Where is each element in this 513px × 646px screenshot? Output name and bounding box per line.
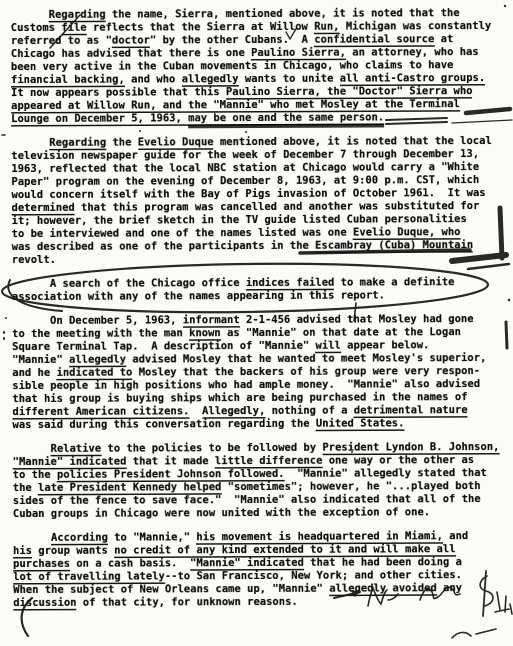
- para-johnson-policies: Relative to the policies to be followed …: [13, 441, 507, 521]
- text-line: to the meeting with the man known as "Ma…: [12, 326, 506, 341]
- text-line: A search of the Chicago office indices f…: [12, 276, 506, 291]
- text-segment: United States.: [316, 417, 405, 429]
- text-segment: and who: [125, 73, 182, 85]
- text-segment: little difference: [215, 455, 323, 467]
- text-segment: Customs: [11, 22, 62, 34]
- text-segment: "Mannie" allegedly stated that: [285, 467, 487, 480]
- text-segment: Regarding: [49, 9, 106, 21]
- text-segment: appeared at Willow Run, and the "Mannie"…: [11, 98, 460, 112]
- text-segment: appear below.: [341, 339, 430, 351]
- text-line: discussion of that city, for unknown rea…: [13, 595, 507, 610]
- text-segment: revolt.: [12, 254, 56, 266]
- text-segment: to make a definite: [334, 276, 454, 289]
- text-segment: that this program was cancelled and anot…: [75, 200, 480, 214]
- text-segment: was said during this conversation regard…: [12, 418, 315, 431]
- text-segment: " by the other Cubans. A: [150, 34, 314, 47]
- text-line: Lounge on December 5, 1963, may be one a…: [11, 111, 505, 126]
- text-segment: known: [189, 327, 221, 339]
- text-segment: all anti-Castro groups.: [340, 72, 485, 85]
- text-segment: different American citizens.: [12, 405, 189, 418]
- text-line: was said during this conversation regard…: [12, 417, 506, 432]
- text-segment: "sometimes"; however, he "...played both: [221, 480, 480, 493]
- text-segment: the: [106, 137, 138, 149]
- text-segment: It now appears possible that this: [11, 86, 226, 99]
- text-segment: financial backing,: [11, 74, 125, 86]
- text-segment: sides of the fence to save face." "Manni…: [13, 493, 481, 507]
- text-line: different American citizens. Allegedly, …: [12, 404, 506, 419]
- text-line: association with any of the names appear…: [12, 289, 506, 304]
- text-segment: his movement is headquartered in Miami,: [196, 530, 443, 543]
- text-segment: and: [443, 530, 468, 542]
- text-segment: no credit of any kind extended to it and…: [114, 543, 455, 556]
- text-segment: and he: [12, 367, 56, 379]
- text-segment: allegedly avoided: [329, 582, 437, 594]
- text-segment: determined: [12, 202, 75, 214]
- text-segment: Lounge on December 5, 1963,: [11, 112, 188, 125]
- text-segment: doctor: [112, 34, 150, 46]
- text-segment: 1963, reflected that the local NBC stati…: [11, 161, 479, 175]
- text-segment: referred to as ": [11, 35, 112, 47]
- text-segment: wants to unite: [239, 73, 340, 85]
- text-segment: policies President Johnson followed.: [57, 468, 285, 481]
- text-segment: lot of travelling lately: [13, 570, 165, 583]
- text-segment: television newspaper guide for the week …: [11, 148, 479, 162]
- para-duque-tv-guide: Regarding the Evelio Duque mentioned abo…: [11, 135, 506, 267]
- text-line: When the subject of New Orleans came up,…: [13, 582, 507, 597]
- text-segment: indicated to: [56, 367, 132, 379]
- text-segment: that he had been doing a: [304, 556, 462, 569]
- text-segment: file: [61, 22, 86, 34]
- text-segment: Allegedly,: [202, 405, 265, 417]
- text-segment: discussion: [13, 597, 76, 609]
- text-segment: at: [434, 33, 453, 45]
- text-segment: reflects that the Sierra at Willow: [87, 21, 315, 34]
- text-segment: mentioned above, it is noted that the lo…: [214, 135, 492, 148]
- document-page: Regarding the name, Sierra, mentioned ab…: [0, 0, 513, 646]
- text-segment: one way or the other as: [322, 454, 474, 467]
- text-segment: group wants: [32, 545, 114, 557]
- text-segment: On December 5, 1963,: [50, 314, 183, 327]
- text-segment: that his group is buying ships which are…: [12, 391, 467, 405]
- text-segment: Regarding: [49, 137, 106, 149]
- text-segment: Run,: [314, 21, 339, 33]
- text-segment: Evelio Duque: [138, 136, 214, 148]
- text-segment: --to San Francisco, New York; and other …: [165, 569, 462, 582]
- text-segment: to be interviewed and one of the names l…: [12, 227, 353, 240]
- text-segment: as "Mannie" on that date at the Logan: [221, 326, 461, 339]
- text-segment: any: [437, 582, 462, 594]
- text-segment: on a cash basis.: [70, 557, 190, 570]
- text-segment: Paulino Sierra,: [251, 47, 346, 59]
- text-line: revolt.: [12, 252, 506, 267]
- text-segment: Mosley that the backers of his group wer…: [132, 365, 480, 379]
- text-segment: Cuban groups in Chicago were now united …: [13, 506, 430, 520]
- text-segment: President Lyndon B. Johnson,: [322, 441, 499, 454]
- text-segment: been very active in the Cuban movements …: [11, 59, 454, 73]
- text-segment: will: [316, 340, 341, 352]
- text-segment: According: [51, 532, 108, 544]
- text-segment: it; however, the brief sketch in the TV …: [12, 213, 467, 227]
- text-segment: that it made: [126, 455, 215, 467]
- text-segment: sible people in high positions who had a…: [12, 378, 480, 392]
- text-segment: [189, 405, 202, 417]
- text-line: was described as one of the participants…: [12, 239, 506, 254]
- text-segment: When the subject of New Orleans came up,…: [13, 583, 329, 596]
- text-segment: advised Mosley that he wanted to meet Mo…: [126, 352, 486, 366]
- text-segment: the name, Sierra, mentioned above, it is…: [106, 7, 460, 21]
- text-segment: the: [13, 482, 38, 494]
- text-segment: allegedly: [69, 354, 126, 366]
- text-segment: Paulino Sierra, the "Doctor" Sierra who: [226, 85, 473, 98]
- text-segment: an attorney, who has: [346, 46, 479, 59]
- text-segment: "Mannie" indicated: [13, 456, 127, 468]
- text-segment: late President Kennedy helped: [38, 481, 221, 494]
- text-segment: association with any of the names appear…: [12, 289, 385, 303]
- text-segment: was described as one of the participants…: [12, 240, 315, 253]
- text-segment: Square Terminal Tap. A description of "M…: [12, 340, 315, 353]
- document-text: Regarding the name, Sierra, mentioned ab…: [11, 7, 508, 621]
- text-segment: Relative: [51, 443, 102, 455]
- text-segment: Michigan was constantly: [339, 20, 491, 33]
- text-segment: Paper" program on the evening of Decembe…: [11, 174, 479, 188]
- text-segment: detrimental nature: [354, 404, 468, 416]
- text-segment: purchases: [13, 558, 70, 570]
- text-line: sides of the fence to save face." "Manni…: [13, 493, 507, 508]
- text-segment: allegedly: [182, 73, 239, 85]
- text-segment: of that city, for unknown reasons.: [76, 596, 297, 609]
- text-segment: A search of the Chicago office: [50, 277, 246, 290]
- text-segment: "Mannie" indicated: [190, 557, 304, 569]
- text-segment: informant: [183, 314, 240, 326]
- para-sierra-customs: Regarding the name, Sierra, mentioned ab…: [11, 7, 506, 126]
- text-segment: his: [13, 545, 32, 557]
- text-segment: to "Mannie,": [108, 531, 197, 543]
- text-segment: Chicago has advised that there is one: [11, 47, 251, 60]
- text-segment: may be one and the same person.: [188, 111, 384, 124]
- text-segment: nothing of a: [265, 405, 354, 417]
- para-informant-meeting: On December 5, 1963, informant 2-1-456 a…: [12, 313, 507, 432]
- text-segment: 2-1-456 advised that Mosley had gone: [240, 313, 474, 326]
- text-segment: Evelio Duque, who: [353, 226, 461, 238]
- text-segment: Escambray (Cuba) Mountain: [315, 239, 473, 252]
- text-segment: to the: [13, 469, 57, 481]
- text-segment: "Mannie": [12, 354, 69, 366]
- text-line: Cuban groups in Chicago were now united …: [13, 506, 507, 521]
- para-miami-headquarters: According to "Mannie," his movement is h…: [13, 530, 507, 610]
- text-segment: would concern itself with the Bay of Pig…: [11, 187, 485, 201]
- text-segment: to the meeting with the man: [12, 327, 189, 340]
- text-segment: indices failed: [246, 277, 335, 289]
- text-line: appeared at Willow Run, and the "Mannie"…: [11, 98, 505, 113]
- text-segment: confidential source: [314, 33, 434, 46]
- para-indices-search: A search of the Chicago office indices f…: [12, 276, 506, 304]
- text-segment: to the policies to be followed by: [101, 442, 322, 455]
